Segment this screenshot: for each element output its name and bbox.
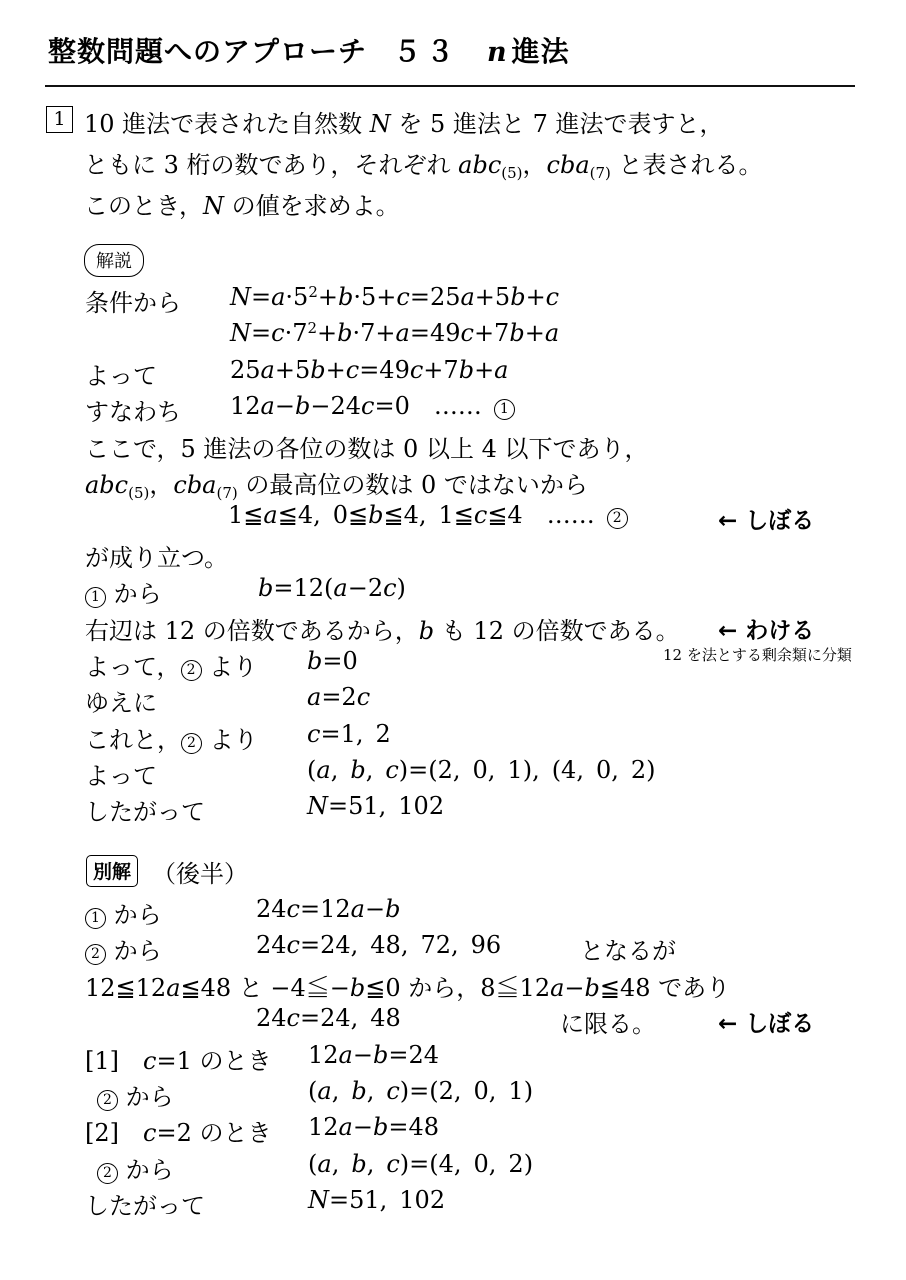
solution-row: 24c=24, 48に限る。← しぼる (0, 1004, 906, 1040)
solution-row: 2 から(a, b, c)=(2, 0, 1) (0, 1077, 906, 1113)
row-text: 右辺は 12 の倍数であるから，b も 12 の倍数である。 (85, 611, 680, 646)
row-formula: N=51, 102 (307, 792, 444, 820)
row-formula: N=c·72+b·7+a=49c+7b+a (230, 319, 559, 347)
solution-row: すなわち12a−b−24c=0 …… 1 (0, 392, 906, 428)
row-text: 12≦12a≦48 と −4≦−b≦0 から，8≦12a−b≦48 であり (85, 968, 730, 1003)
solution-row: が成り立つ。 (0, 538, 906, 574)
problem-line: 10 進法で表された自然数 N を 5 進法と 7 進法で表すと， (84, 104, 906, 145)
circled-number: 1 (85, 908, 106, 929)
solution-row: 12≦12a≦48 と −4≦−b≦0 から，8≦12a−b≦48 であり (0, 968, 906, 1004)
row-label: 1 から (85, 574, 162, 609)
title-suffix: 進法 (512, 35, 570, 68)
row-label: よって，2 より (85, 647, 257, 682)
solution-row: したがってN=51, 102 (0, 1186, 906, 1222)
solution-row: したがってN=51, 102 (0, 792, 906, 828)
margin-annotation: ← しぼる (718, 1005, 814, 1038)
solution-badge: 解説 (84, 244, 144, 277)
problem-number-box: 1 (46, 106, 73, 133)
problem-section: 1 10 進法で表された自然数 N を 5 進法と 7 進法で表すと， ともに … (0, 104, 906, 227)
row-label: 2 から (85, 1077, 174, 1112)
alt-solution-badge: 別解 (86, 855, 138, 887)
row-label: [1] c=1 のとき (85, 1041, 271, 1076)
solution-row: よって(a, b, c)=(2, 0, 1), (4, 0, 2) (0, 756, 906, 792)
solution-row: よって，2 よりb=0 (0, 647, 906, 683)
solution-row: 右辺は 12 の倍数であるから，b も 12 の倍数である。← わける12 を法… (0, 611, 906, 647)
row-label: したがって (85, 792, 205, 827)
row-formula: 24c=12a−b (256, 895, 400, 923)
solution-row: よって25a+5b+c=49c+7b+a (0, 356, 906, 392)
circled-number: 2 (181, 733, 202, 754)
title-number: ５３ (393, 35, 459, 68)
circled-number: 2 (85, 944, 106, 965)
alt-solution-rows: 1 から24c=12a−b2 から24c=24, 48, 72, 96となるが1… (0, 895, 906, 1223)
row-label: よって (85, 356, 157, 391)
divider-rule (45, 85, 855, 87)
problem-line: このとき，N の値を求めよ。 (84, 186, 906, 227)
row-formula: (a, b, c)=(2, 0, 1), (4, 0, 2) (307, 756, 655, 784)
row-formula: 12a−b−24c=0 …… 1 (230, 392, 515, 420)
solution-row: 1 から24c=12a−b (0, 895, 906, 931)
row-label: これと，2 より (85, 720, 258, 755)
solution-row: [1] c=1 のとき12a−b=24 (0, 1041, 906, 1077)
row-formula: 24c=24, 48, 72, 96 (256, 931, 501, 959)
title-n-variable: n (487, 37, 507, 68)
row-label: したがって (85, 1186, 205, 1221)
margin-annotation: ← しぼる (718, 502, 814, 535)
circled-number: 2 (97, 1163, 118, 1184)
row-formula: b=12(a−2c) (258, 574, 406, 602)
row-formula: (a, b, c)=(4, 0, 2) (308, 1150, 533, 1178)
solution-row: abc(5)，cba(7) の最高位の数は 0 ではないから (0, 465, 906, 501)
title-text: 整数問題へのアプローチ (48, 35, 367, 68)
row-formula: 12a−b=48 (308, 1113, 439, 1141)
row-formula: N=51, 102 (308, 1186, 445, 1214)
row-formula: a=2c (307, 683, 370, 711)
row-formula: N=a·52+b·5+c=25a+5b+c (230, 283, 559, 311)
circled-number: 2 (607, 508, 628, 529)
circled-number: 1 (494, 399, 515, 420)
row-text: abc(5)，cba(7) の最高位の数は 0 ではないから (85, 465, 588, 500)
solution-row: [2] c=2 のとき12a−b=48 (0, 1113, 906, 1149)
row-label: 2 から (85, 931, 162, 966)
document-page: 整数問題へのアプローチ５３n進法 1 10 進法で表された自然数 N を 5 進… (0, 0, 906, 1280)
row-formula: (a, b, c)=(2, 0, 1) (308, 1077, 533, 1105)
row-formula: b=0 (307, 647, 358, 675)
row-formula: 24c=24, 48 (256, 1004, 401, 1032)
row-formula: c=1, 2 (307, 720, 391, 748)
solution-row: 2 から(a, b, c)=(4, 0, 2) (0, 1150, 906, 1186)
circled-number: 2 (97, 1090, 118, 1111)
solution-row: 1≦a≦4, 0≦b≦4, 1≦c≦4 …… 2← しぼる (0, 501, 906, 537)
row-label: よって (85, 756, 157, 791)
row-label: 条件から (85, 283, 181, 318)
row-text: が成り立つ。 (85, 538, 228, 573)
row-formula: 1≦a≦4, 0≦b≦4, 1≦c≦4 …… 2 (228, 501, 628, 529)
margin-annotation: ← わける (718, 612, 814, 645)
row-suffix: となるが (580, 931, 676, 966)
solution-row: 2 から24c=24, 48, 72, 96となるが (0, 931, 906, 967)
solution-row: 1 からb=12(a−2c) (0, 574, 906, 610)
row-label: 1 から (85, 895, 162, 930)
solution-row: N=c·72+b·7+a=49c+7b+a (0, 319, 906, 355)
row-label: [2] c=2 のとき (85, 1113, 271, 1148)
row-label: すなわち (85, 392, 181, 427)
solution-row: ここで，5 進法の各位の数は 0 以上 4 以下であり， (0, 429, 906, 465)
solution-row: ゆえにa=2c (0, 683, 906, 719)
problem-statement: 10 進法で表された自然数 N を 5 進法と 7 進法で表すと， ともに 3 … (84, 104, 906, 227)
row-formula: 25a+5b+c=49c+7b+a (230, 356, 508, 384)
alt-solution-label-suffix: （後半） (152, 854, 248, 889)
solution-row: これと，2 よりc=1, 2 (0, 720, 906, 756)
circled-number: 2 (181, 660, 202, 681)
row-formula: 12a−b=24 (308, 1041, 439, 1069)
row-text: ここで，5 進法の各位の数は 0 以上 4 以下であり， (85, 429, 648, 464)
solution-rows: 条件からN=a·52+b·5+c=25a+5b+cN=c·72+b·7+a=49… (0, 283, 906, 829)
page-title: 整数問題へのアプローチ５３n進法 (48, 30, 570, 70)
solution-row: 条件からN=a·52+b·5+c=25a+5b+c (0, 283, 906, 319)
row-label: 2 から (85, 1150, 174, 1185)
circled-number: 1 (85, 587, 106, 608)
row-label: ゆえに (85, 683, 157, 718)
problem-line: ともに 3 桁の数であり，それぞれ abc(5)，cba(7) と表される。 (84, 145, 906, 186)
row-suffix: に限る。 (560, 1004, 656, 1039)
